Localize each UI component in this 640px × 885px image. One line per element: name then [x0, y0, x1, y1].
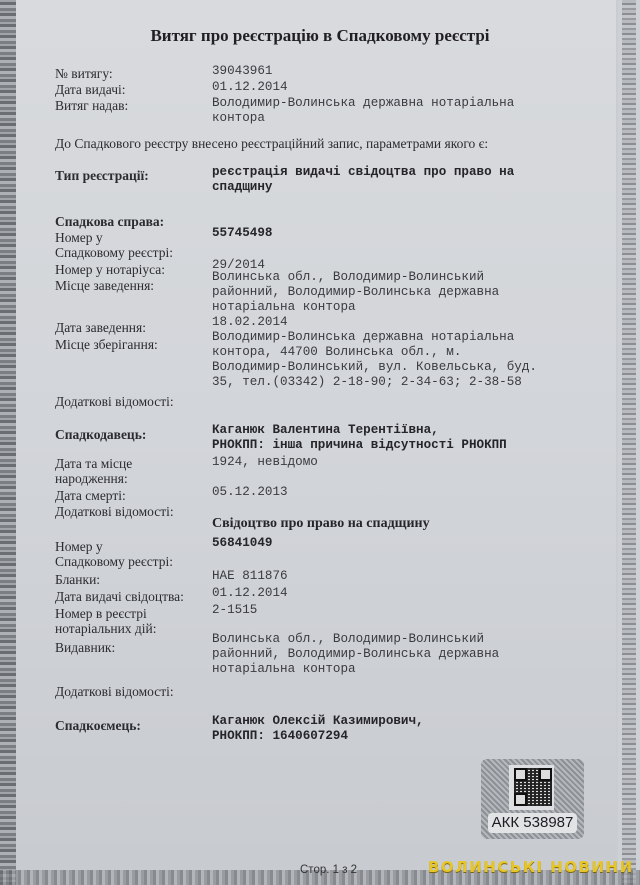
- scanned-right-edge: [622, 0, 636, 885]
- notary-number-label: Номер у нотаріуса:: [55, 262, 165, 277]
- issue-date-value: 01.12.2014: [212, 80, 288, 95]
- certificate-issue-date-label: Дата видачі свідоцтва:: [55, 589, 184, 604]
- registration-type-label: Тип реєстрації:: [55, 168, 149, 183]
- opening-place-value: Волинська обл., Володимир-Волинський рай…: [212, 270, 499, 315]
- case-registry-number-label: Номер у Спадковому реєстрі:: [55, 230, 173, 260]
- inheritance-case-label: Спадкова справа:: [55, 214, 164, 229]
- qr-code-icon: [514, 768, 552, 806]
- certificate-issue-date-value: 01.12.2014: [212, 586, 288, 601]
- certificate-additional-info-label: Додаткові відомості:: [55, 684, 174, 699]
- qr-finder-icon: [514, 768, 527, 781]
- heir-name-value: Каганюк Олексій Казимирович, РНОКПП: 164…: [212, 714, 424, 744]
- issue-date-label: Дата видачі:: [55, 82, 126, 97]
- certificate-title: Свідоцтво про право на спадщину: [212, 516, 430, 532]
- testator-label: Спадкодавець:: [55, 427, 146, 442]
- case-additional-info-label: Додаткові відомості:: [55, 394, 174, 409]
- certificate-registry-number-label: Номер у Спадковому реєстрі:: [55, 539, 173, 569]
- issuer-label: Видавник:: [55, 640, 115, 655]
- notarial-registry-number-label: Номер в реєстрі нотаріальних дій:: [55, 606, 157, 636]
- heir-label: Спадкоємець:: [55, 718, 141, 733]
- blanks-value: НАЕ 811876: [212, 569, 288, 584]
- death-date-label: Дата смерті:: [55, 488, 126, 503]
- issued-by-value: Володимир-Волинська державна нотаріальна…: [212, 96, 514, 126]
- stamp-code: АКК 538987: [488, 814, 577, 831]
- notarial-registry-number-value: 2-1515: [212, 603, 257, 618]
- blanks-label: Бланки:: [55, 572, 100, 587]
- birth-label: Дата та місце народження:: [55, 456, 132, 486]
- opening-date-value: 18.02.2014: [212, 315, 288, 330]
- extract-number-value: 39043961: [212, 64, 272, 79]
- intro-text: До Спадкового реєстру внесено реєстрацій…: [55, 136, 488, 152]
- testator-name-value: Каганюк Валентина Терентіївна, РНОКПП: і…: [212, 423, 507, 453]
- testator-additional-info-label: Додаткові відомості:: [55, 504, 174, 519]
- death-date-value: 05.12.2013: [212, 485, 288, 500]
- qr-finder-icon: [539, 768, 552, 781]
- storage-place-label: Місце зберігання:: [55, 337, 158, 352]
- storage-place-value: Володимир-Волинська державна нотаріальна…: [212, 330, 537, 390]
- extract-number-label: № витягу:: [55, 66, 113, 81]
- qr-finder-icon: [514, 793, 527, 806]
- certificate-registry-number-value: 56841049: [212, 536, 272, 551]
- document-title: Витяг про реєстрацію в Спадковому реєстр…: [0, 26, 640, 46]
- issuer-value: Волинська обл., Володимир-Волинський рай…: [212, 632, 499, 677]
- page-indicator: Стор. 1 з 2: [300, 864, 357, 876]
- publisher-watermark: ВОЛИНСЬКІ НОВИНИ: [428, 858, 634, 876]
- registration-type-value: реєстрація видачі свідоцтва про право на…: [212, 165, 514, 195]
- birth-value: 1924, невідомо: [212, 455, 318, 470]
- security-stamp: АКК 538987: [481, 759, 584, 839]
- scanned-left-edge: [0, 0, 16, 885]
- issued-by-label: Витяг надав:: [55, 98, 128, 113]
- opening-date-label: Дата заведення:: [55, 320, 146, 335]
- case-registry-number-value: 55745498: [212, 226, 272, 241]
- opening-place-label: Місце заведення:: [55, 278, 154, 293]
